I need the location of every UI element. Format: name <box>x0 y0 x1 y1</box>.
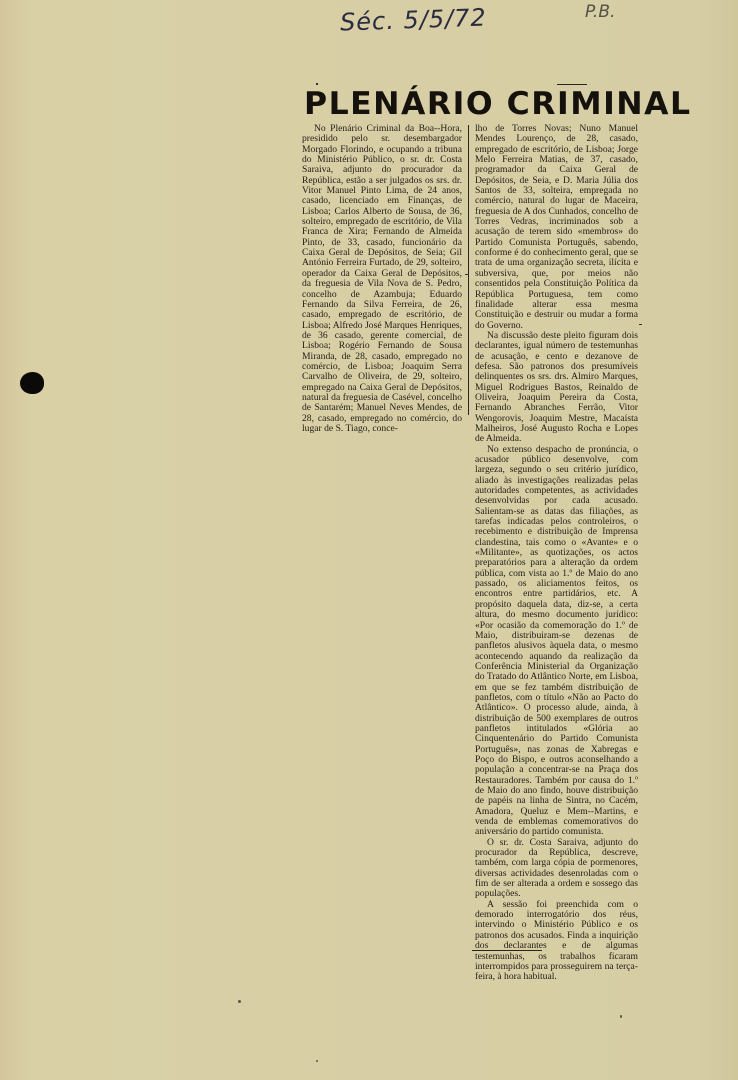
paragraph: No Plenário Criminal da Boa--Hora, presi… <box>302 124 462 434</box>
paragraph: No extenso despacho de pronúncia, o acus… <box>475 445 638 838</box>
ink-speck <box>238 1000 241 1003</box>
ink-blot <box>20 372 44 394</box>
paragraph: lho de Torres Novas; Nuno Manuel Mendes … <box>475 124 638 331</box>
column-divider <box>468 125 469 415</box>
top-rule <box>557 84 587 85</box>
handwritten-initials: P.B. <box>585 2 615 22</box>
margin-mark <box>465 274 468 275</box>
end-rule <box>472 950 542 951</box>
article-column-left: No Plenário Criminal da Boa--Hora, presi… <box>302 124 462 434</box>
margin-mark <box>639 324 642 325</box>
paragraph: Na discussão deste pleito figuram dois d… <box>475 331 638 445</box>
paragraph: A sessão foi preenchida com o demorado i… <box>475 900 638 983</box>
ink-speck <box>620 1015 622 1018</box>
paragraph: O sr. dr. Costa Saraiva, adjunto do proc… <box>475 838 638 900</box>
ink-speck <box>316 83 318 85</box>
article-title: PLENÁRIO CRIMINAL <box>304 86 640 122</box>
handwritten-date-note: Séc. 5/5/72 <box>340 3 488 36</box>
article-column-right: lho de Torres Novas; Nuno Manuel Mendes … <box>475 124 638 983</box>
ink-speck <box>316 1060 318 1062</box>
